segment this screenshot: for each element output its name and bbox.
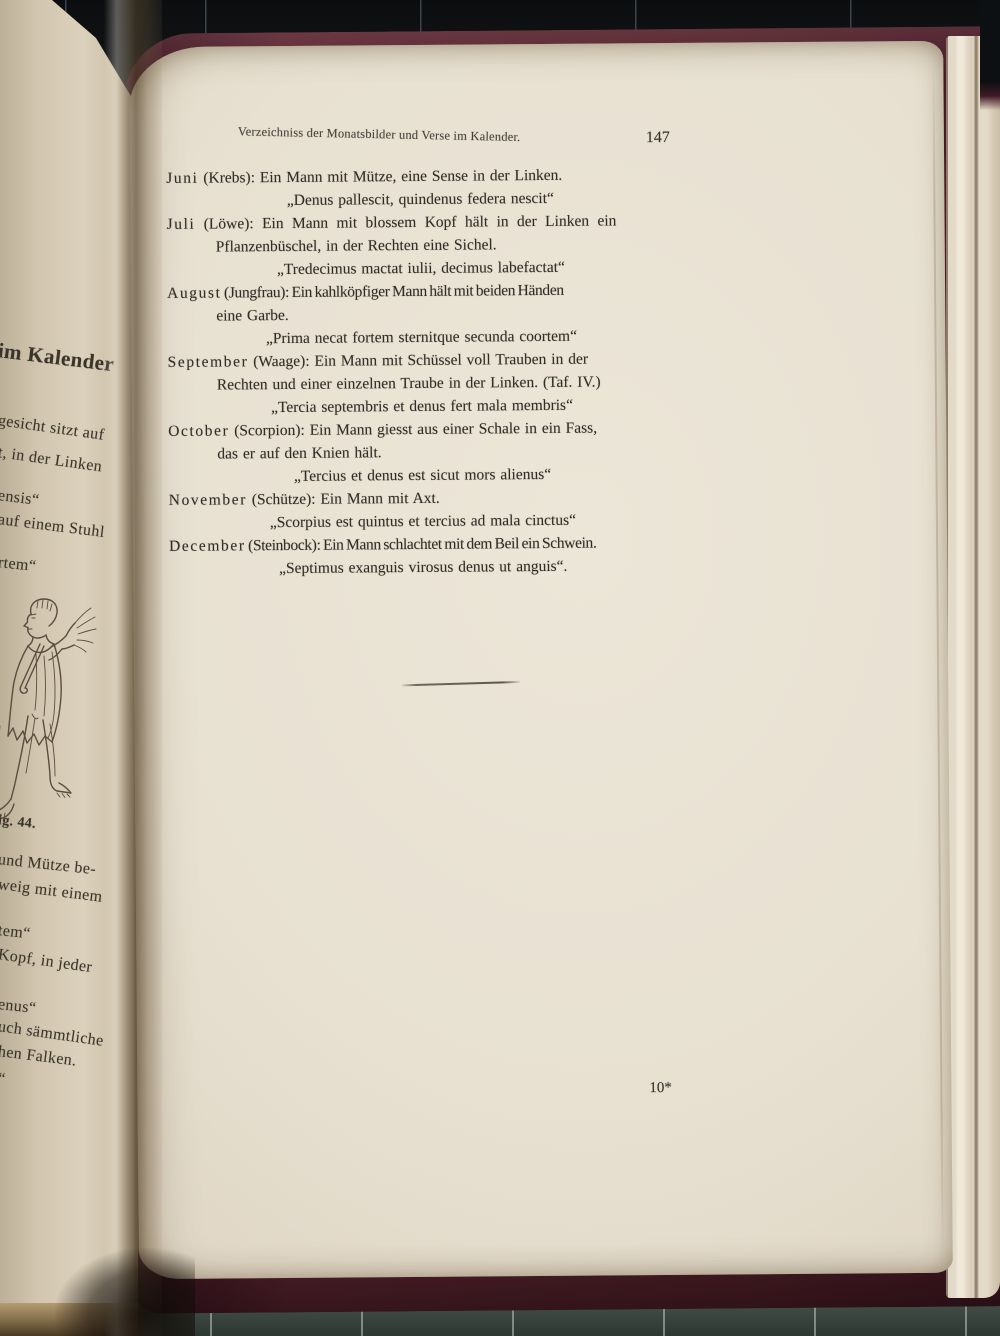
- entry-text: (Schütze): Ein Mann mit Axt.: [247, 490, 440, 509]
- facing-page-text-fragment: enus“: [0, 996, 37, 1018]
- month-name: December: [169, 537, 246, 555]
- signature-mark: 10*: [649, 1080, 672, 1097]
- running-head: Verzeichniss der Monatsbilder und Verse …: [238, 124, 521, 145]
- figure-44-woodcut-drawing: [0, 592, 98, 824]
- section-divider-rule: [402, 681, 520, 686]
- month-name: August: [167, 284, 222, 301]
- month-name: November: [169, 491, 247, 509]
- entry-text: (Waage): Ein Mann mit Schüssel voll Trau…: [248, 351, 588, 371]
- facing-page-text-fragment: hen Falken.: [0, 1043, 78, 1071]
- facing-page-text-fragment: ensis“: [0, 487, 40, 510]
- facing-page-text-fragment: und Mütze be-: [0, 851, 97, 879]
- month-name: Juli: [167, 216, 196, 233]
- facing-page-strip: im Kalender gesicht sitzt auf t, in der …: [0, 0, 138, 1336]
- facing-page-heading-fragment: im Kalender: [0, 338, 116, 377]
- month-name: October: [168, 422, 229, 439]
- month-list-text-block: Juni (Krebs): Ein Mann mit Mütze, eine S…: [166, 163, 729, 581]
- facing-page-text-fragment: weig mit einem: [0, 876, 103, 907]
- book-fore-edge-pages: [946, 36, 1000, 1298]
- facing-page-text-fragment: rtem“: [0, 554, 37, 576]
- facing-page-text-fragment: gesicht sitzt auf: [0, 412, 105, 445]
- photo-of-open-book: im Kalender gesicht sitzt auf t, in der …: [0, 0, 1000, 1336]
- figure-caption: ig. 44.: [0, 813, 37, 833]
- facing-page-text-fragment: “: [0, 1070, 6, 1089]
- entry-text: (Scorpion): Ein Mann giesst aus einer Sc…: [229, 420, 597, 440]
- facing-page-bottom-edge: [0, 1303, 138, 1336]
- facing-page-text-fragment: auf einem Stuhl: [0, 511, 106, 542]
- page-number: 147: [646, 129, 670, 147]
- top-right-fabric-corner: [980, 0, 1000, 120]
- entry-text: (Steinbock): Ein Mann schlachtet mit dem…: [246, 535, 597, 555]
- facing-page-text-fragment: tem“: [0, 922, 31, 943]
- entry-text: (Löwe): Ein Mann mit blossem Kopf hält i…: [195, 212, 616, 232]
- month-name: Juni: [166, 170, 198, 187]
- facing-page-text-fragment: Kopf, in jeder: [0, 946, 93, 977]
- verse-line: „Septimus exanguis virosus denus ut angu…: [169, 554, 663, 581]
- book-page-147: Verzeichniss der Monatsbilder und Verse …: [129, 41, 953, 1279]
- entry-text: (Krebs): Ein Mann mit Mütze, eine Sense …: [198, 167, 562, 187]
- month-name: September: [168, 353, 249, 371]
- entry-text: (Jungfrau): Ein kahlköpfiger Mann hält m…: [221, 282, 563, 302]
- facing-page-text-fragment: t, in der Linken: [0, 444, 103, 476]
